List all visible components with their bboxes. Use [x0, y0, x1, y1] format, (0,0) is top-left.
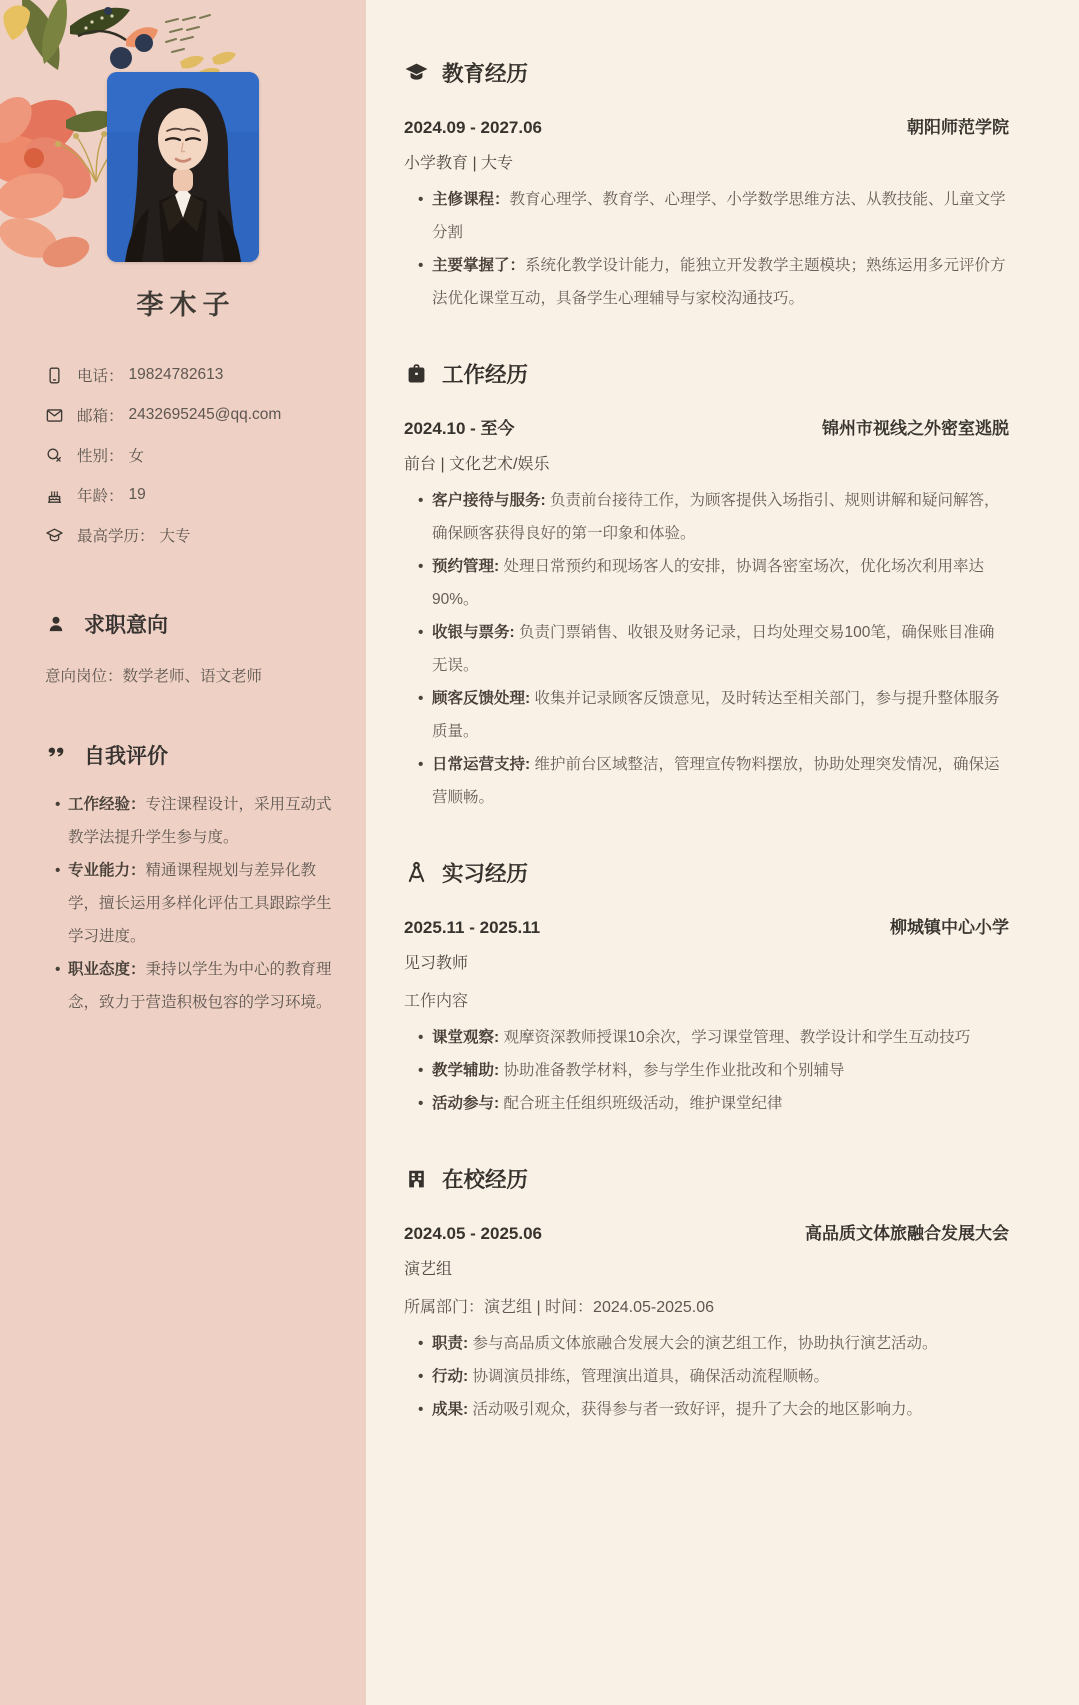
bullet-item: 客户接待与服务: 负责前台接待工作，为顾客提供入场指引、规则讲解和疑问解答，确保… — [418, 484, 1009, 550]
age-icon — [45, 486, 64, 505]
internship-bullets: 课堂观察: 观摩资深教师授课10余次，学习课堂管理、教学设计和学生互动技巧 教学… — [404, 1021, 1009, 1120]
sidebar: 李木子 电话： 19824782613 邮箱： 2432695245@qq.co… — [0, 0, 366, 1705]
bullet-text: 处理日常预约和现场客人的安排，协调各密室场次，优化场次利用率达90%。 — [432, 558, 984, 608]
contact-value: 2432695245@qq.com — [129, 406, 282, 424]
self-evaluation-header: 自我评价 — [45, 740, 336, 770]
entry-date: 2025.11 - 2025.11 — [404, 918, 540, 938]
degree-icon — [45, 526, 64, 545]
bullet-text: 观摩资深教师授课10余次，学习课堂管理、教学设计和学生互动技巧 — [503, 1029, 970, 1046]
item-label: 职业态度： — [68, 961, 146, 978]
graduation-cap-icon — [404, 60, 429, 85]
entry-org: 锦州市视线之外密室逃脱 — [822, 414, 1009, 439]
contact-row-email: 邮箱： 2432695245@qq.com — [45, 395, 336, 435]
bullet-item: 主要掌握了：系统化教学设计能力，能独立开发教学主题模块；熟练运用多元评价方法优化… — [418, 249, 1009, 315]
entry-date: 2024.09 - 2027.06 — [404, 118, 542, 138]
bullet-item: 行动: 协调演员排练，管理演出道具，确保活动流程顺畅。 — [418, 1360, 1009, 1393]
section-internship: 实习经历 2025.11 - 2025.11 柳城镇中心小学 见习教师 工作内容… — [404, 857, 1009, 1120]
profile-photo — [107, 72, 259, 262]
bullet-label: 客户接待与服务: — [432, 492, 550, 509]
entry-date: 2024.10 - 至今 — [404, 414, 515, 439]
work-header: 工作经历 — [404, 358, 1009, 389]
phone-icon — [45, 366, 64, 385]
bullet-item: 顾客反馈处理: 收集并记录顾客反馈意见，及时转达至相关部门，参与提升整体服务质量… — [418, 682, 1009, 748]
contact-label: 最高学历： — [77, 524, 155, 546]
bullet-item: 课堂观察: 观摩资深教师授课10余次，学习课堂管理、教学设计和学生互动技巧 — [418, 1021, 1009, 1054]
mail-icon — [45, 406, 64, 425]
compass-icon — [404, 860, 429, 885]
self-evaluation-item: 工作经验：专注课程设计，采用互动式教学法提升学生参与度。 — [55, 788, 336, 854]
self-evaluation-section: 自我评价 工作经验：专注课程设计，采用互动式教学法提升学生参与度。 专业能力：精… — [0, 740, 366, 1019]
item-label: 专业能力： — [68, 862, 146, 879]
self-evaluation-list: 工作经验：专注课程设计，采用互动式教学法提升学生参与度。 专业能力：精通课程规划… — [45, 788, 336, 1019]
bullet-label: 课堂观察: — [432, 1029, 503, 1046]
job-intention-section: 求职意向 意向岗位：数学老师、语文老师 — [0, 609, 366, 686]
campus-bullets: 职责: 参与高品质文体旅融合发展大会的演艺组工作，协助执行演艺活动。 行动: 协… — [404, 1327, 1009, 1426]
campus-subtitle: 演艺组 — [404, 1256, 1009, 1279]
bullet-label: 日常运营支持: — [432, 756, 534, 773]
work-subtitle: 前台 | 文化艺术/娱乐 — [404, 451, 1009, 474]
education-entry-head: 2024.09 - 2027.06 朝阳师范学院 — [404, 113, 1009, 138]
job-intention-value: 数学老师、语文老师 — [123, 668, 263, 685]
bullet-item: 职责: 参与高品质文体旅融合发展大会的演艺组工作，协助执行演艺活动。 — [418, 1327, 1009, 1360]
bullet-text: 教育心理学、教育学、心理学、小学数学思维方法、从教技能、儿童文学分割 — [432, 191, 1006, 241]
work-bullets: 客户接待与服务: 负责前台接待工作，为顾客提供入场指引、规则讲解和疑问解答，确保… — [404, 484, 1009, 814]
bullet-label: 预约管理: — [432, 558, 503, 575]
building-icon — [404, 1166, 429, 1191]
job-intention-title: 求职意向 — [84, 609, 168, 639]
bullet-label: 顾客反馈处理: — [432, 690, 534, 707]
bullet-item: 教学辅助: 协助准备教学材料，参与学生作业批改和个别辅导 — [418, 1054, 1009, 1087]
job-intention-line: 意向岗位：数学老师、语文老师 — [45, 664, 336, 686]
person-icon — [45, 613, 67, 635]
bullet-label: 主修课程： — [432, 191, 510, 208]
bullet-item: 收银与票务: 负责门票销售、收银及财务记录，日均处理交易100笔，确保账目准确无… — [418, 616, 1009, 682]
section-education: 教育经历 2024.09 - 2027.06 朝阳师范学院 小学教育 | 大专 … — [404, 57, 1009, 315]
item-label: 工作经验： — [68, 796, 146, 813]
self-evaluation-title: 自我评价 — [84, 740, 168, 770]
bullet-text: 协助准备教学材料，参与学生作业批改和个别辅导 — [503, 1062, 844, 1079]
contact-row-age: 年龄： 19 — [45, 475, 336, 515]
bullet-item: 活动参与: 配合班主任组织班级活动，维护课堂纪律 — [418, 1087, 1009, 1120]
section-work: 工作经历 2024.10 - 至今 锦州市视线之外密室逃脱 前台 | 文化艺术/… — [404, 358, 1009, 814]
contact-label: 电话： — [77, 364, 124, 386]
campus-header: 在校经历 — [404, 1163, 1009, 1194]
contact-label: 年龄： — [77, 484, 124, 506]
contact-value: 大专 — [160, 524, 191, 546]
section-title: 教育经历 — [442, 57, 528, 88]
section-title: 工作经历 — [442, 358, 528, 389]
education-bullets: 主修课程：教育心理学、教育学、心理学、小学数学思维方法、从教技能、儿童文学分割 … — [404, 183, 1009, 315]
bullet-item: 日常运营支持: 维护前台区域整洁，管理宣传物料摆放，协助处理突发情况，确保运营顺… — [418, 748, 1009, 814]
contact-value: 19 — [129, 486, 146, 504]
bullet-label: 成果: — [432, 1401, 472, 1418]
bullet-text: 配合班主任组织班级活动，维护课堂纪律 — [503, 1095, 782, 1112]
portrait-illustration — [107, 72, 259, 262]
bullet-label: 行动: — [432, 1368, 472, 1385]
candidate-name: 李木子 — [0, 283, 366, 322]
bullet-item: 预约管理: 处理日常预约和现场客人的安排，协调各密室场次，优化场次利用率达90%… — [418, 550, 1009, 616]
education-subtitle: 小学教育 | 大专 — [404, 150, 1009, 173]
campus-note: 所属部门：演艺组 | 时间：2024.05-2025.06 — [404, 1294, 1009, 1317]
campus-entry-head: 2024.05 - 2025.06 高品质文体旅融合发展大会 — [404, 1219, 1009, 1244]
internship-entry-head: 2025.11 - 2025.11 柳城镇中心小学 — [404, 913, 1009, 938]
section-title: 实习经历 — [442, 857, 528, 888]
bullet-label: 职责: — [432, 1335, 472, 1352]
work-entry-head: 2024.10 - 至今 锦州市视线之外密室逃脱 — [404, 414, 1009, 439]
entry-org: 柳城镇中心小学 — [890, 913, 1009, 938]
bullet-label: 教学辅助: — [432, 1062, 503, 1079]
bullet-item: 主修课程：教育心理学、教育学、心理学、小学数学思维方法、从教技能、儿童文学分割 — [418, 183, 1009, 249]
bullet-text: 活动吸引观众，获得参与者一致好评，提升了大会的地区影响力。 — [472, 1401, 922, 1418]
internship-subtitle: 见习教师 — [404, 950, 1009, 973]
contact-row-degree: 最高学历： 大专 — [45, 515, 336, 555]
contact-label: 性别： — [77, 444, 124, 466]
self-evaluation-item: 专业能力：精通课程规划与差异化教学，擅长运用多样化评估工具跟踪学生学习进度。 — [55, 854, 336, 953]
bullet-label: 主要掌握了： — [432, 257, 525, 274]
bullet-label: 活动参与: — [432, 1095, 503, 1112]
entry-org: 朝阳师范学院 — [907, 113, 1009, 138]
internship-note: 工作内容 — [404, 988, 1009, 1011]
contact-row-gender: 性别： 女 — [45, 435, 336, 475]
resume-main: 教育经历 2024.09 - 2027.06 朝阳师范学院 小学教育 | 大专 … — [366, 0, 1079, 1705]
contact-list: 电话： 19824782613 邮箱： 2432695245@qq.com 性别… — [0, 355, 366, 555]
job-intention-header: 求职意向 — [45, 609, 336, 639]
self-evaluation-item: 职业态度：秉持以学生为中心的教育理念，致力于营造积极包容的学习环境。 — [55, 953, 336, 1019]
bullet-item: 成果: 活动吸引观众，获得参与者一致好评，提升了大会的地区影响力。 — [418, 1393, 1009, 1426]
bullet-text: 参与高品质文体旅融合发展大会的演艺组工作，协助执行演艺活动。 — [472, 1335, 937, 1352]
job-intention-label: 意向岗位： — [45, 668, 123, 685]
contact-label: 邮箱： — [77, 404, 124, 426]
section-campus: 在校经历 2024.05 - 2025.06 高品质文体旅融合发展大会 演艺组 … — [404, 1163, 1009, 1426]
gender-icon — [45, 446, 64, 465]
entry-date: 2024.05 - 2025.06 — [404, 1224, 542, 1244]
contact-value: 19824782613 — [129, 366, 224, 384]
quote-icon — [45, 744, 67, 766]
briefcase-icon — [404, 361, 429, 386]
entry-org: 高品质文体旅融合发展大会 — [805, 1219, 1009, 1244]
bullet-label: 收银与票务: — [432, 624, 519, 641]
contact-value: 女 — [129, 444, 145, 466]
education-header: 教育经历 — [404, 57, 1009, 88]
section-title: 在校经历 — [442, 1163, 528, 1194]
bullet-text: 协调演员排练，管理演出道具，确保活动流程顺畅。 — [472, 1368, 829, 1385]
internship-header: 实习经历 — [404, 857, 1009, 888]
contact-row-phone: 电话： 19824782613 — [45, 355, 336, 395]
